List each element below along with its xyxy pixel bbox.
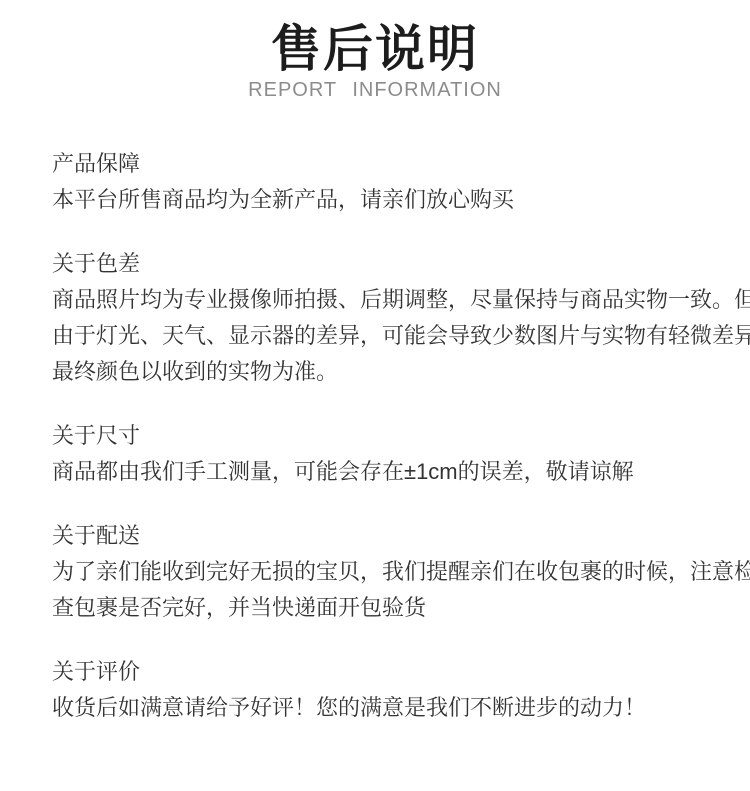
section-line: 为了亲们能收到完好无损的宝贝，我们提醒亲们在收包裹的时候，注意检 [52,554,726,590]
section: 关于色差 商品照片均为专业摄像师拍摄、后期调整，尽量保持与商品实物一致。但由于灯… [52,246,726,390]
section-heading: 产品保障 [52,146,726,182]
section-line: 由于灯光、天气、显示器的差异，可能会导致少数图片与实物有轻微差异 [52,318,726,354]
section: 关于尺寸 商品都由我们手工测量，可能会存在±1cm的误差，敬请谅解 [52,418,726,490]
after-sales-page: 售后说明 REPORT INFORMATION 产品保障 本平台所售商品均为全新… [0,0,750,791]
section-line: 商品都由我们手工测量，可能会存在±1cm的误差，敬请谅解 [52,454,726,490]
section-line: 最终颜色以收到的实物为准。 [52,354,726,390]
page-title: 售后说明 [0,20,750,78]
page-subtitle: REPORT INFORMATION [0,78,750,102]
section-line: 商品照片均为专业摄像师拍摄、后期调整，尽量保持与商品实物一致。但 [52,282,726,318]
section-heading: 关于评价 [52,654,726,690]
section-heading: 关于尺寸 [52,418,726,454]
section-line: 收货后如满意请给予好评！您的满意是我们不断进步的动力！ [52,690,726,726]
section-line: 查包裹是否完好，并当快递面开包验货 [52,590,726,626]
section-line: 本平台所售商品均为全新产品，请亲们放心购买 [52,182,726,218]
section: 关于配送 为了亲们能收到完好无损的宝贝，我们提醒亲们在收包裹的时候，注意检查包裹… [52,518,726,626]
section-heading: 关于配送 [52,518,726,554]
page-header: 售后说明 REPORT INFORMATION [0,0,750,102]
section: 产品保障 本平台所售商品均为全新产品，请亲们放心购买 [52,146,726,218]
content: 产品保障 本平台所售商品均为全新产品，请亲们放心购买 关于色差 商品照片均为专业… [0,102,750,726]
section-heading: 关于色差 [52,246,726,282]
section: 关于评价 收货后如满意请给予好评！您的满意是我们不断进步的动力！ [52,654,726,726]
